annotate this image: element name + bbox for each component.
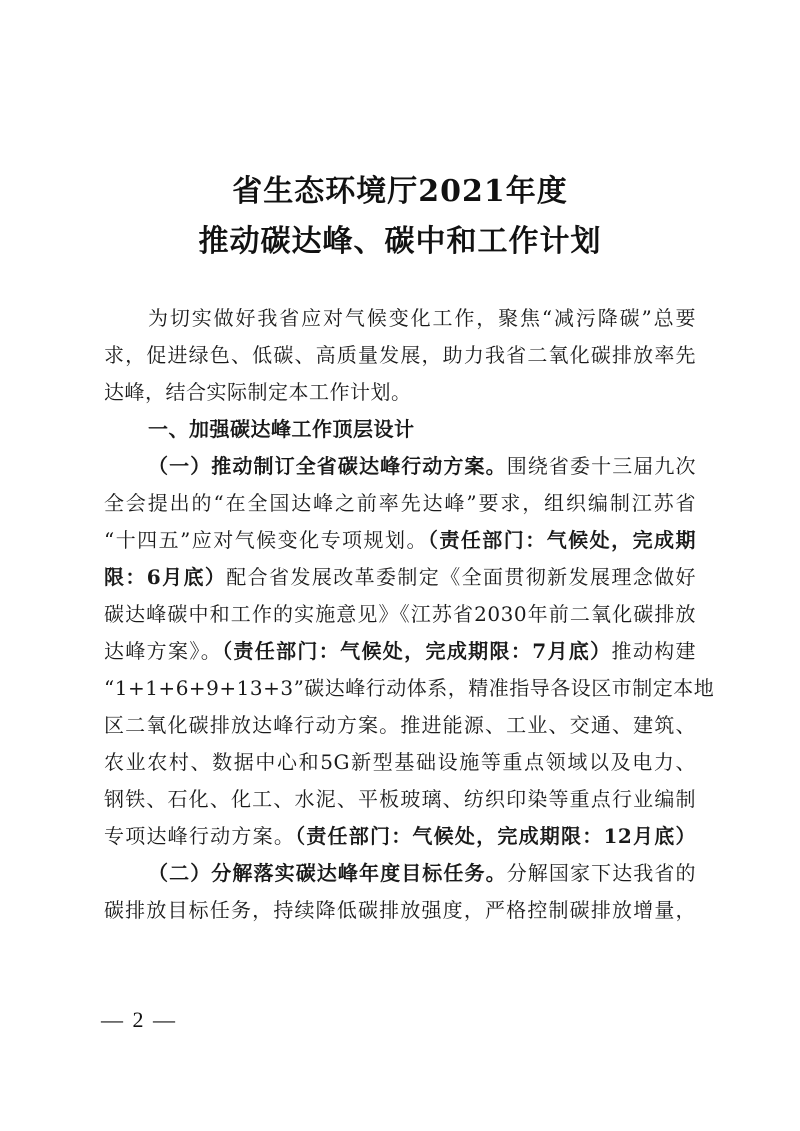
document-body: 为切实做好我省应对气候变化工作，聚焦“减污降碳”总要 求，促进绿色、低碳、高质量… [104,300,696,929]
intro-line-1: 为切实做好我省应对气候变化工作，聚焦“减污降碳”总要 [104,300,696,337]
item1-line-10: 钢铁、石化、化工、水泥、平板玻璃、纺织印染等重点行业编制 [104,781,696,818]
item1-line-3: “十四五”应对气候变化专项规划。（责任部门：气候处，完成期 [104,522,696,559]
item1-line-4: 限：6月底）配合省发展改革委制定《全面贯彻新发展理念做好 [104,559,696,596]
item1-text: 推动构建 [611,639,696,663]
responsibility-note: （责任部门：气候处，完成期 [428,528,696,552]
item1-line-1: （一）推动制订全省碳达峰行动方案。围绕省委十三届九次 [104,448,696,485]
section-heading-1: 一、加强碳达峰工作顶层设计 [104,411,696,448]
item2-line-2: 碳排放目标任务，持续降低碳排放强度，严格控制碳排放增量， [104,892,696,929]
item1-line-8: 区二氧化碳排放达峰行动方案。推进能源、工业、交通、建筑、 [104,707,696,744]
item2-text: 分解国家下达我省的 [507,861,696,885]
item1-text: 配合省发展改革委制定《全面贯彻新发展理念做好 [226,565,696,589]
document-title-line2: 推动碳达峰、碳中和工作计划 [0,216,800,260]
item1-line-6: 达峰方案》。（责任部门：气候处，完成期限：7月底）推动构建 [104,633,696,670]
item1-line-11: 专项达峰行动方案。（责任部门：气候处，完成期限：12月底） [104,818,696,855]
item1-text: 围绕省委十三届九次 [507,454,696,478]
document-title-line1: 省生态环境厅2021年度 [0,166,800,210]
item1-text: “十四五”应对气候变化专项规划。 [104,528,428,552]
item2-line-1: （二）分解落实碳达峰年度目标任务。分解国家下达我省的 [104,855,696,892]
item2-lead: （二）分解落实碳达峰年度目标任务。 [148,861,507,885]
page-number: — 2 — [101,1007,177,1033]
item1-line-2: 全会提出的“在全国达峰之前率先达峰”要求，组织编制江苏省 [104,485,696,522]
responsibility-note: （责任部门：气候处，完成期限：7月底） [222,639,611,663]
responsibility-note: 限：6月底） [104,565,226,589]
responsibility-note: （责任部门：气候处，完成期限：12月底） [295,824,696,848]
item1-line-9: 农业农村、数据中心和5G新型基础设施等重点领域以及电力、 [104,744,696,781]
document-page: 省生态环境厅2021年度 推动碳达峰、碳中和工作计划 为切实做好我省应对气候变化… [0,0,800,1131]
intro-line-3: 达峰，结合实际制定本工作计划。 [104,374,696,411]
item1-line-5: 碳达峰碳中和工作的实施意见》《江苏省2030年前二氧化碳排放 [104,596,696,633]
item1-text: 达峰方案》。 [104,639,222,663]
item1-lead: （一）推动制订全省碳达峰行动方案。 [148,454,507,478]
intro-line-2: 求，促进绿色、低碳、高质量发展，助力我省二氧化碳排放率先 [104,337,696,374]
item1-line-7: “1+1+6+9+13+3”碳达峰行动体系，精准指导各设区市制定本地 [104,670,696,707]
item1-text: 专项达峰行动方案。 [104,824,295,848]
